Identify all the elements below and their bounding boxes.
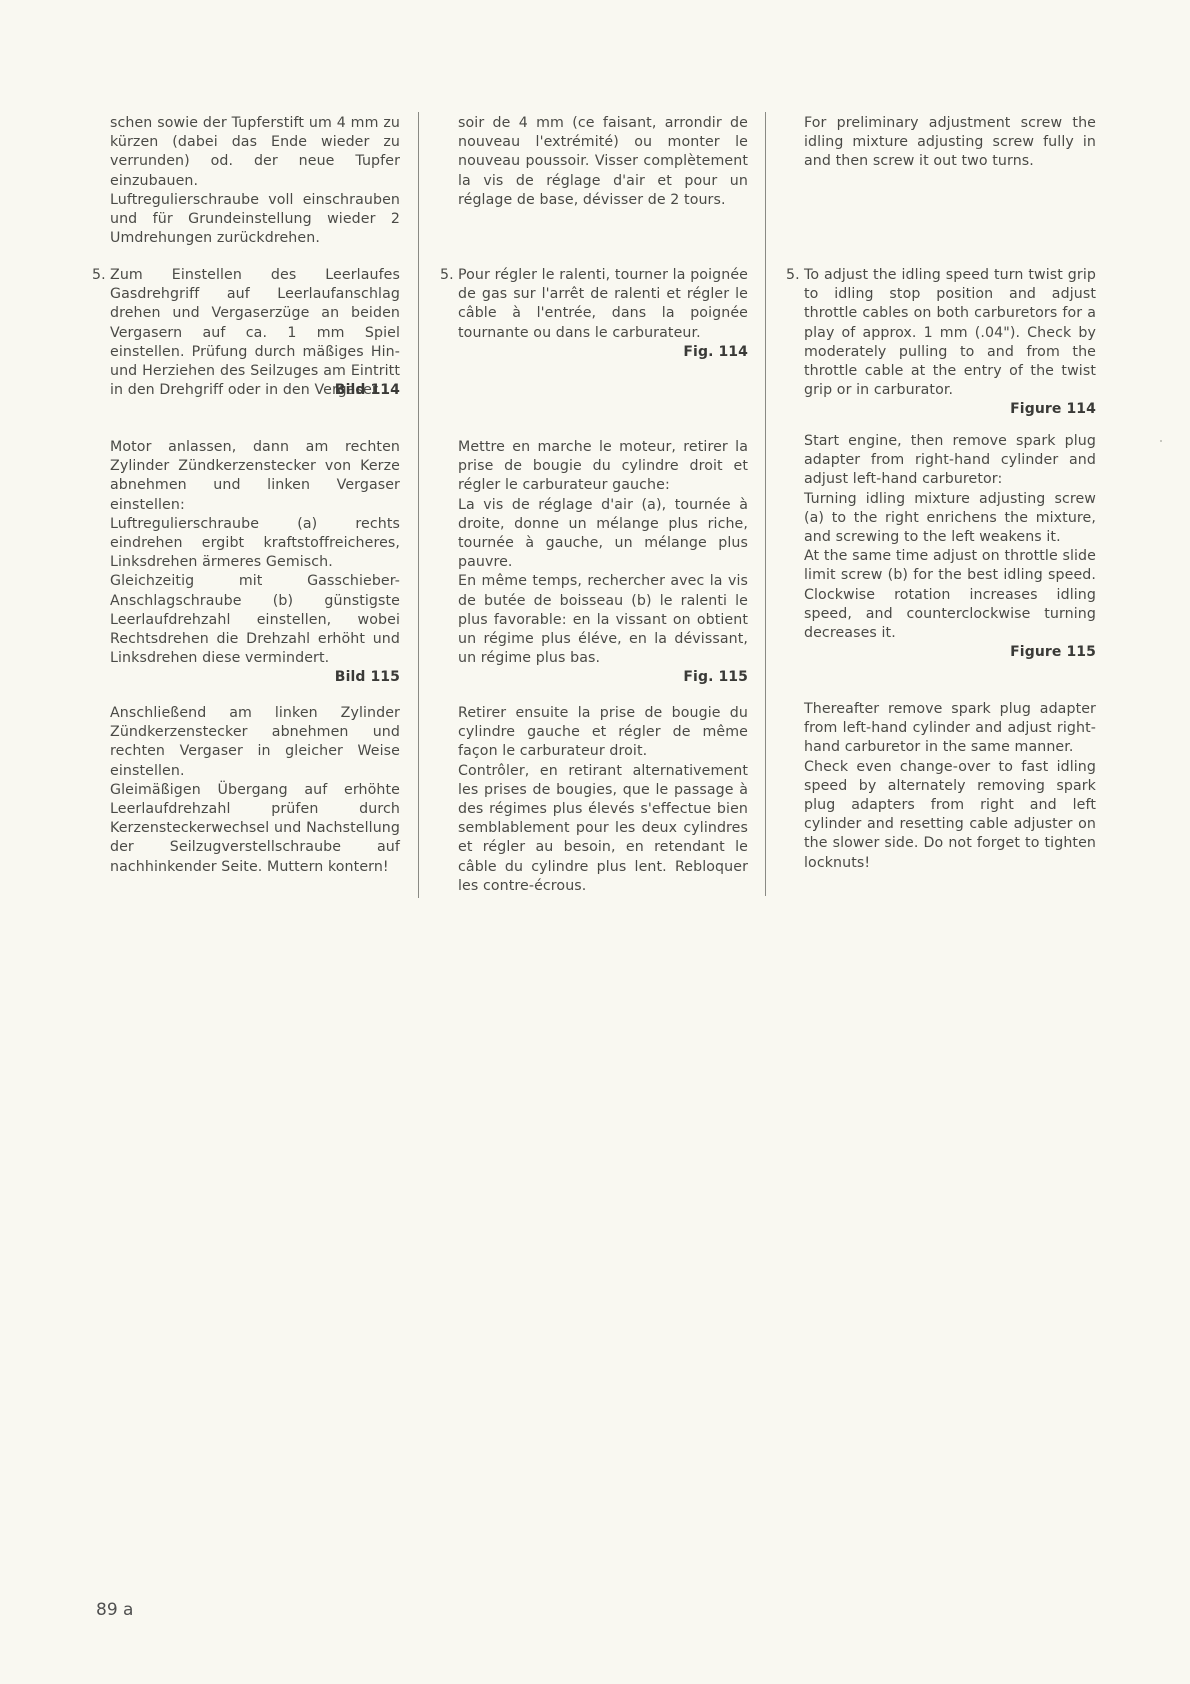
english-step-5: 5. To adjust the idling speed turn twist… <box>804 266 1096 420</box>
french-engine-p1: Mettre en marche le moteur, retirer la p… <box>458 438 748 496</box>
english-engine-p2: Turning idling mixture adjusting screw (… <box>804 490 1096 548</box>
english-engine-p1: Start engine, then remove spark plug ada… <box>804 432 1096 490</box>
step-number: 5. <box>786 266 800 285</box>
german-engine-p1: Motor anlassen, dann am rechten Zylinder… <box>110 438 400 515</box>
step-number: 5. <box>92 266 106 285</box>
german-step-5: 5. Zum Einstellen des Leerlaufes Gasdreh… <box>110 266 400 401</box>
english-intro: For preliminary adjustment screw the idl… <box>804 114 1096 172</box>
english-final-p2: Check even change-over to fast idling sp… <box>804 758 1096 873</box>
english-final-p1: Thereafter remove spark plug adapter fro… <box>804 700 1096 758</box>
french-engine-section: Mettre en marche le moteur, retirer la p… <box>458 438 748 688</box>
german-intro-p1: schen sowie der Tupferstift um 4 mm zu k… <box>110 114 400 191</box>
english-figure-114: Figure 114 <box>804 400 1096 419</box>
german-engine-p2: Luftregulierschraube (a) rechts eindrehe… <box>110 515 400 573</box>
step-number: 5. <box>440 266 454 285</box>
column-divider-left <box>418 112 419 898</box>
french-figure-114: Fig. 114 <box>458 343 748 362</box>
column-divider-right <box>765 112 766 896</box>
german-figure-115: Bild 115 <box>110 668 400 687</box>
german-engine-section: Motor anlassen, dann am rechten Zylinder… <box>110 438 400 688</box>
german-final-section: Anschließend am linken Zylinder Zündkerz… <box>110 704 400 877</box>
french-intro-p1: soir de 4 mm (ce faisant, arrondir de no… <box>458 114 748 210</box>
german-step-5-text: Zum Einstellen des Leerlaufes Gasdrehgri… <box>110 266 400 400</box>
french-intro: soir de 4 mm (ce faisant, arrondir de no… <box>458 114 748 210</box>
english-engine-section: Start engine, then remove spark plug ada… <box>804 432 1096 662</box>
scan-speck <box>1160 440 1162 442</box>
german-final-p2: Gleimäßigen Übergang auf erhöhte Leerlau… <box>110 781 400 877</box>
page-number: 89 a <box>96 1600 133 1620</box>
french-final-section: Retirer ensuite la prise de bougie du cy… <box>458 704 748 896</box>
french-engine-p3: En même temps, rechercher avec la vis de… <box>458 572 748 668</box>
german-intro: schen sowie der Tupferstift um 4 mm zu k… <box>110 114 400 248</box>
german-engine-p3: Gleichzeitig mit Gasschieber-Anschlagsch… <box>110 572 400 668</box>
german-final-p1: Anschließend am linken Zylinder Zündkerz… <box>110 704 400 781</box>
french-final-p2: Contrôler, en retirant alternativement l… <box>458 762 748 896</box>
french-step-5: 5. Pour régler le ralenti, tourner la po… <box>458 266 748 362</box>
english-engine-p3: At the same time adjust on throttle slid… <box>804 547 1096 643</box>
german-intro-p2: Luftregulierschraube voll einschrauben u… <box>110 191 400 249</box>
english-final-section: Thereafter remove spark plug adapter fro… <box>804 700 1096 873</box>
french-step-5-text: Pour régler le ralenti, tourner la poign… <box>458 266 748 343</box>
french-final-p1: Retirer ensuite la prise de bougie du cy… <box>458 704 748 762</box>
english-step-5-text: To adjust the idling speed turn twist gr… <box>804 266 1096 400</box>
french-figure-115: Fig. 115 <box>458 668 748 687</box>
english-intro-p1: For preliminary adjustment screw the idl… <box>804 114 1096 172</box>
french-engine-p2: La vis de réglage d'air (a), tournée à d… <box>458 496 748 573</box>
english-figure-115: Figure 115 <box>804 643 1096 662</box>
